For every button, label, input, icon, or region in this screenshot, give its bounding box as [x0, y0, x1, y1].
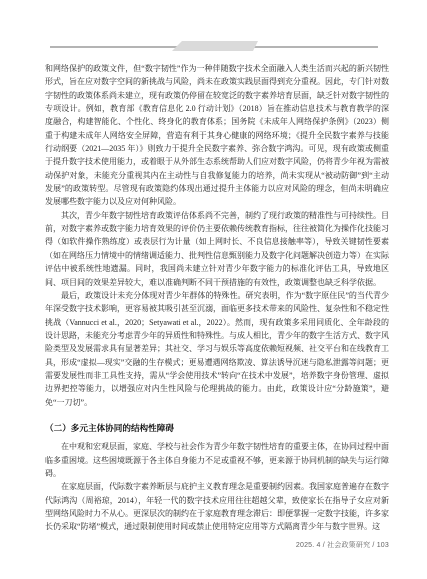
section-heading: （二）多元主体协同的结构性障碍	[45, 422, 389, 435]
body-paragraph: 和网络保护的政策文件，但“数字韧性”作为一种伴随数字技术全面融入人类生活而兴起的…	[45, 62, 389, 209]
article-body: 和网络保护的政策文件，但“数字韧性”作为一种伴随数字技术全面融入人类生活而兴起的…	[45, 62, 389, 534]
body-paragraph: 在中观和宏观层面，家庭、学校与社会作为青少年数字韧性培育的重要主体，在协同过程中…	[45, 440, 389, 480]
page-footer: 2025. 4 / 社会政策研究 / 103	[296, 540, 389, 550]
document-page: 和网络保护的政策文件，但“数字韧性”作为一种伴随数字技术全面融入人类生活而兴起的…	[0, 0, 427, 579]
body-paragraph: 在家庭层面，代际数字素养断层与庇护主义教育理念是重要制约因素。我国家庭普遍存在数…	[45, 480, 389, 533]
body-paragraph: 最后，政策设计未充分体现对青少年群体的特殊性。研究表明，作为“数字原住民”的当代…	[45, 289, 389, 409]
header-ornament-shape	[172, 41, 258, 51]
body-paragraph: 其次，青少年数字韧性培育政策评估体系尚不完善，制约了现行政策的精准性与可持续性。…	[45, 209, 389, 289]
